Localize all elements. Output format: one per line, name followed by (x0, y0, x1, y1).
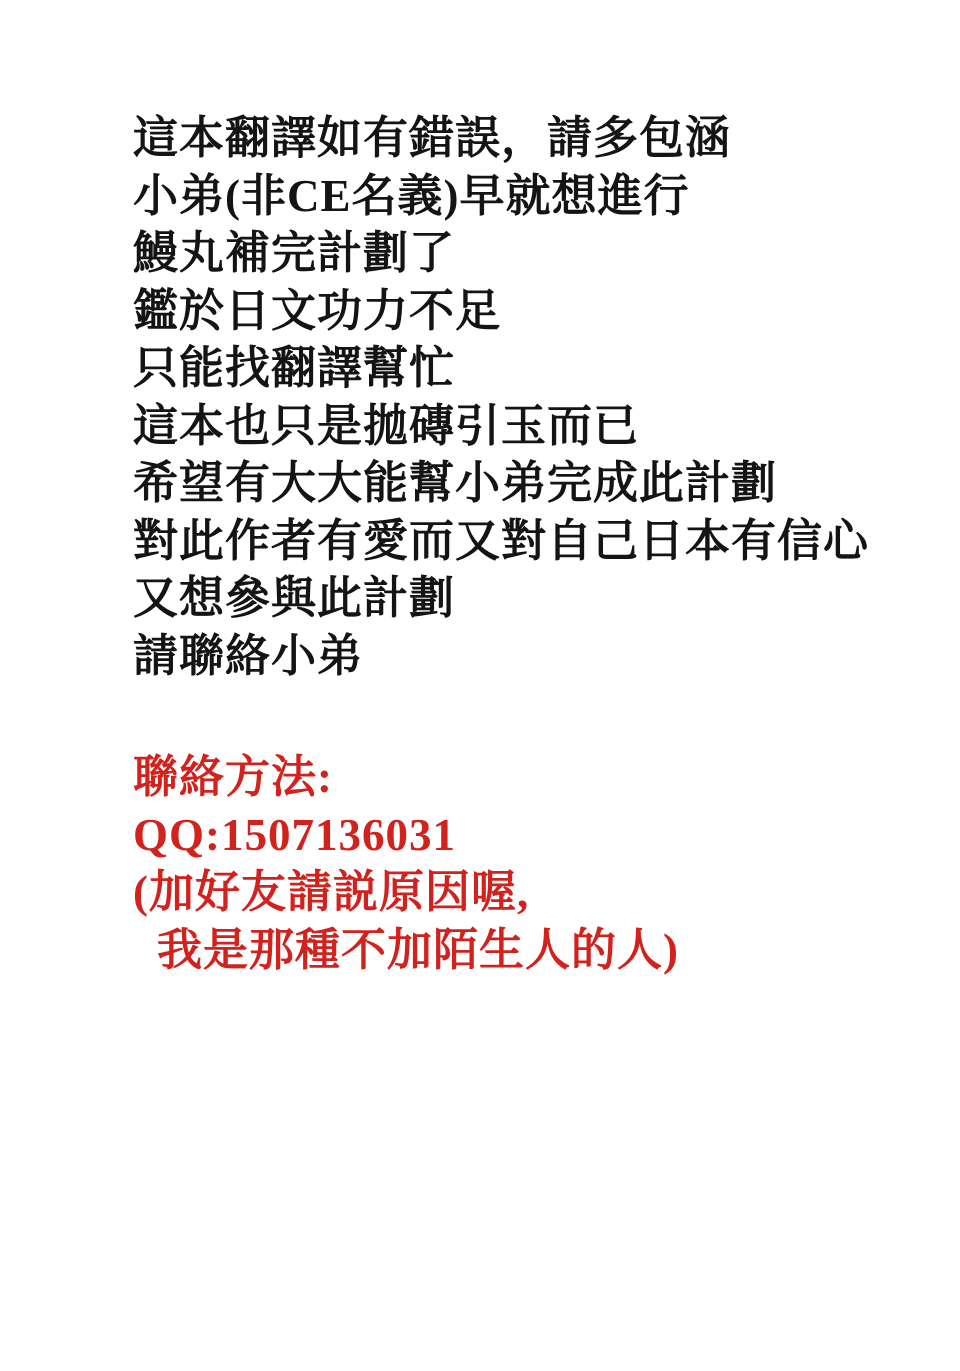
note-line: 請聯絡小弟 (133, 628, 920, 686)
note-line: 對此作者有愛而又對自己日本有信心 (133, 513, 920, 571)
note-line: 又想參與此計劃 (133, 570, 920, 628)
contact-note-line-2: 我是那種不加陌生人的人) (133, 922, 920, 980)
note-line: 希望有大大能幫小弟完成此計劃 (133, 455, 920, 513)
contact-note-line-1: (加好友請説原因喔, (133, 864, 920, 922)
note-line: 這本翻譯如有錯誤，請多包涵 (133, 110, 920, 168)
note-line: 小弟(非CE名義)早就想進行 (133, 168, 920, 226)
page-content: 這本翻譯如有錯誤，請多包涵 小弟(非CE名義)早就想進行 鰻丸補完計劃了 鑑於日… (133, 110, 920, 979)
contact-qq-number: QQ:1507136031 (133, 807, 920, 865)
credits-page: 這本翻譯如有錯誤，請多包涵 小弟(非CE名義)早就想進行 鰻丸補完計劃了 鑑於日… (0, 0, 960, 1371)
translator-note: 這本翻譯如有錯誤，請多包涵 小弟(非CE名義)早就想進行 鰻丸補完計劃了 鑑於日… (133, 110, 920, 685)
contact-heading: 聯絡方法: (133, 749, 920, 807)
contact-info: 聯絡方法: QQ:1507136031 (加好友請説原因喔, 我是那種不加陌生人… (133, 749, 920, 979)
note-line: 只能找翻譯幫忙 (133, 340, 920, 398)
note-line: 這本也只是拋磚引玉而已 (133, 398, 920, 456)
note-line: 鑑於日文功力不足 (133, 283, 920, 341)
note-line: 鰻丸補完計劃了 (133, 225, 920, 283)
